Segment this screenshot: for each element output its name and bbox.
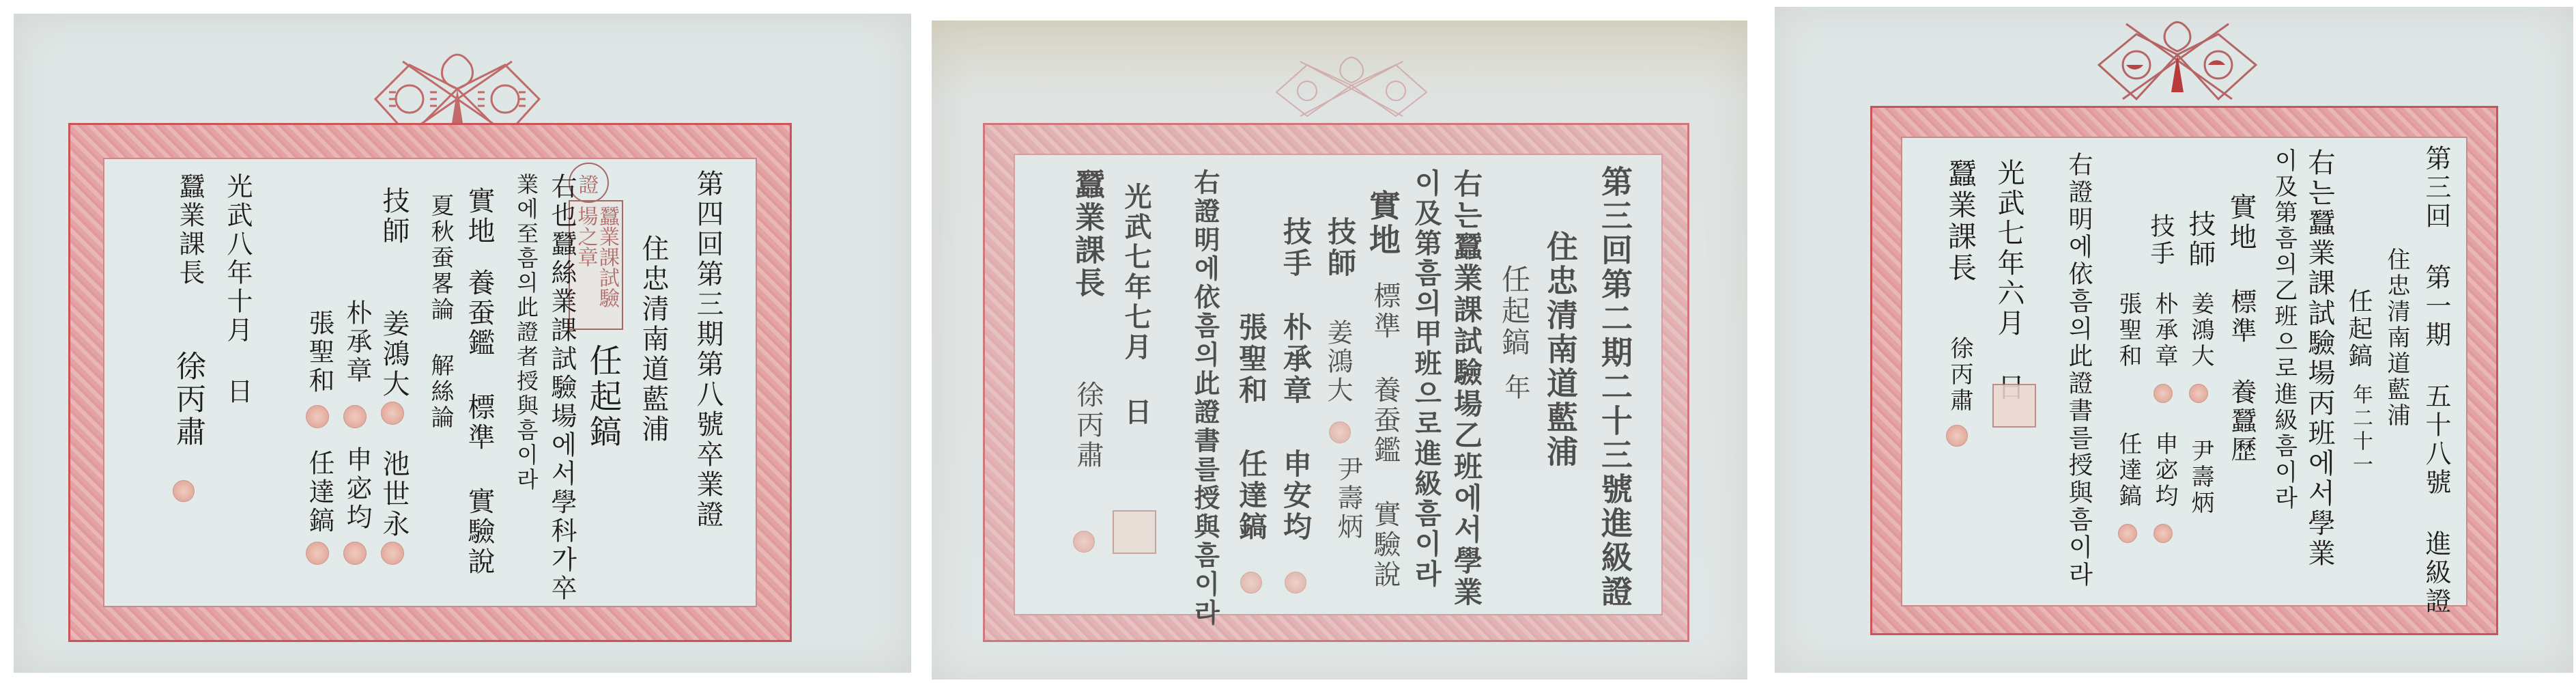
official-name: 張聖和 — [1237, 312, 1265, 406]
body-line-2: 이及第흠의甲班으로進級흠이라 — [1412, 169, 1440, 589]
seal-stamp — [381, 402, 404, 425]
official-name: 申宓均 — [2153, 432, 2176, 510]
recipient-address: 住忠清南道藍浦 — [1545, 230, 1576, 469]
chief-seal-stamp — [1073, 531, 1095, 553]
official-name: 朴承章 — [344, 299, 370, 385]
issue-date: 光武七年七月 日 — [1122, 182, 1149, 428]
official-name: 池世永 — [380, 449, 407, 540]
chief-seal-stamp — [1946, 425, 1968, 447]
recipient-address: 住忠清南道藍浦 — [640, 234, 667, 445]
body-line-2: 이及第흠의乙班으로進級흠이라 — [2272, 148, 2295, 512]
chief-seal-stamp — [173, 480, 195, 502]
official-name: 尹壽炳 — [1335, 456, 1361, 542]
seal-stamp — [2153, 384, 2173, 403]
recipient-address: 住忠清南道藍浦 — [2385, 247, 2408, 429]
officials-title-engineer: 技師 — [2186, 210, 2214, 270]
subject-practical: 實地 — [466, 186, 493, 247]
official-name: 申宓均 — [344, 446, 370, 532]
official-name: 朴承章 — [1281, 312, 1310, 406]
certificate-left: 蠶業課試驗場之章 證 第四回第三期第八號卒業證 住忠清南道藍浦 任起鎬 右也蠶絲… — [14, 14, 911, 673]
closing-statement: 右證明에依흠의此證書를授與흠이라 — [1192, 169, 1218, 628]
official-name: 姜鴻大 — [1325, 319, 1351, 405]
officials-title-technician: 技手 — [2148, 213, 2173, 268]
subject-practical-items: 標準 養蚕鑑 實驗說 — [1371, 281, 1399, 590]
official-name: 任達鎬 — [2117, 432, 2140, 510]
issue-date: 光武七年六月 日 — [1995, 158, 2022, 403]
chief-name: 徐丙肅 — [1074, 380, 1102, 471]
recipient-name: 任起鎬 — [586, 344, 619, 450]
seal-stamp — [343, 405, 367, 428]
body-line-2: 業에至흠의此證者授與흠이라 — [515, 173, 537, 492]
official-name: 申安均 — [1281, 449, 1310, 543]
certificate-body: 第三回 第一期 五十八號 進級證 住忠清南道藍浦 任起鎬 年二十一 右는蠶業課試… — [1901, 137, 2467, 607]
official-name: 朴承章 — [2153, 292, 2176, 370]
seal-stamp — [343, 542, 367, 565]
certificate-header: 第四回第三期第八號卒業證 — [694, 169, 721, 530]
official-name: 任達鎬 — [1237, 449, 1265, 543]
certificate-center: 第三回第二期二十三號進級證 住忠清南道藍浦 任起鎬 年 右는蠶業課試驗場乙班에서… — [932, 20, 1747, 680]
subject-practical-items: 標準 養蠶歷 — [2229, 288, 2255, 464]
subject-theory-items: 夏秋蚕畧論 解絲論 — [429, 193, 452, 431]
official-name: 姜鴻大 — [2189, 292, 2212, 370]
seal-stamp — [306, 405, 329, 428]
seal-stamp — [381, 542, 404, 565]
subject-practical: 實地 — [1367, 189, 1399, 257]
chief-title: 蠶業課長 — [1072, 169, 1102, 300]
official-name: 張聖和 — [306, 309, 332, 395]
subject-practical-items: 養蚕鑑 標準 實驗說 — [466, 268, 493, 577]
certificate-body: 第三回第二期二十三號進級證 住忠清南道藍浦 任起鎬 年 右는蠶業課試驗場乙班에서… — [1014, 154, 1663, 615]
seal-stamp — [2153, 524, 2173, 543]
certificate-right: 第三回 第一期 五十八號 進級證 住忠清南道藍浦 任起鎬 年二十一 右는蠶業課試… — [1775, 7, 2573, 673]
officials-title-technician: 技手 — [1281, 217, 1310, 279]
official-name: 尹壽炳 — [2189, 438, 2212, 516]
officials-title-engineer: 技師 — [1326, 217, 1354, 279]
chief-title: 蠶業課長 — [1946, 158, 1975, 284]
date-square-seal — [1113, 510, 1156, 554]
recipient-age: 年二十一 — [2350, 384, 2371, 477]
seal-stamp — [2189, 384, 2208, 403]
body-line-1: 右는蠶業課試驗場乙班에서學業 — [1452, 169, 1480, 609]
chief-title: 蠶業課長 — [177, 173, 203, 288]
certificate-border: 蠶業課試驗場之章 證 第四回第三期第八號卒業證 住忠清南道藍浦 任起鎬 右也蠶絲… — [68, 123, 792, 642]
date-square-seal — [1992, 384, 2036, 428]
closing-statement: 右證明에依흠의此證書를授與흠이라 — [2066, 152, 2091, 589]
certificate-body: 蠶業課試驗場之章 證 第四回第三期第八號卒業證 住忠清南道藍浦 任起鎬 右也蠶絲… — [103, 158, 757, 607]
body-line-1: 右는蠶業課試驗場丙班에서學業 — [2306, 148, 2333, 569]
subject-practical: 實地 — [2227, 193, 2255, 253]
emblem-icon — [2092, 14, 2263, 109]
recipient-name: 任起鎬 — [2346, 288, 2371, 370]
square-seal-stamp: 蠶業課試驗場之章 — [569, 200, 623, 330]
body-line-1: 右也蠶絲業課試驗場에서學科가卒 — [549, 173, 575, 603]
seal-stamp — [1240, 572, 1262, 594]
seal-stamp — [1329, 421, 1351, 443]
certificate-header: 第三回第二期二十三號進級證 — [1599, 165, 1631, 609]
recipient-age: 年 — [1502, 374, 1528, 402]
chief-name: 徐丙肅 — [1948, 336, 1971, 414]
certificate-header: 第三回 第一期 五十八號 進級證 — [2423, 145, 2449, 616]
official-name: 張聖和 — [2117, 292, 2140, 370]
emblem-icon — [1270, 51, 1433, 120]
seal-stamp — [2118, 524, 2137, 543]
officials-title: 技師 — [380, 186, 407, 247]
chief-name: 徐丙肅 — [173, 350, 203, 449]
seal-stamp — [1285, 572, 1306, 594]
seal-stamp — [306, 542, 329, 565]
issue-date: 光武八年十月 日 — [225, 173, 251, 406]
official-name: 姜鴻大 — [380, 309, 407, 400]
official-name: 任達鎬 — [306, 449, 332, 535]
certificate-border: 第三回 第一期 五十八號 進級證 住忠清南道藍浦 任起鎬 年二十一 右는蠶業課試… — [1870, 106, 2498, 635]
certificate-border: 第三回第二期二十三號進級證 住忠清南道藍浦 任起鎬 年 右는蠶業課試驗場乙班에서… — [983, 123, 1689, 642]
recipient-name: 任起鎬 — [1500, 264, 1528, 359]
